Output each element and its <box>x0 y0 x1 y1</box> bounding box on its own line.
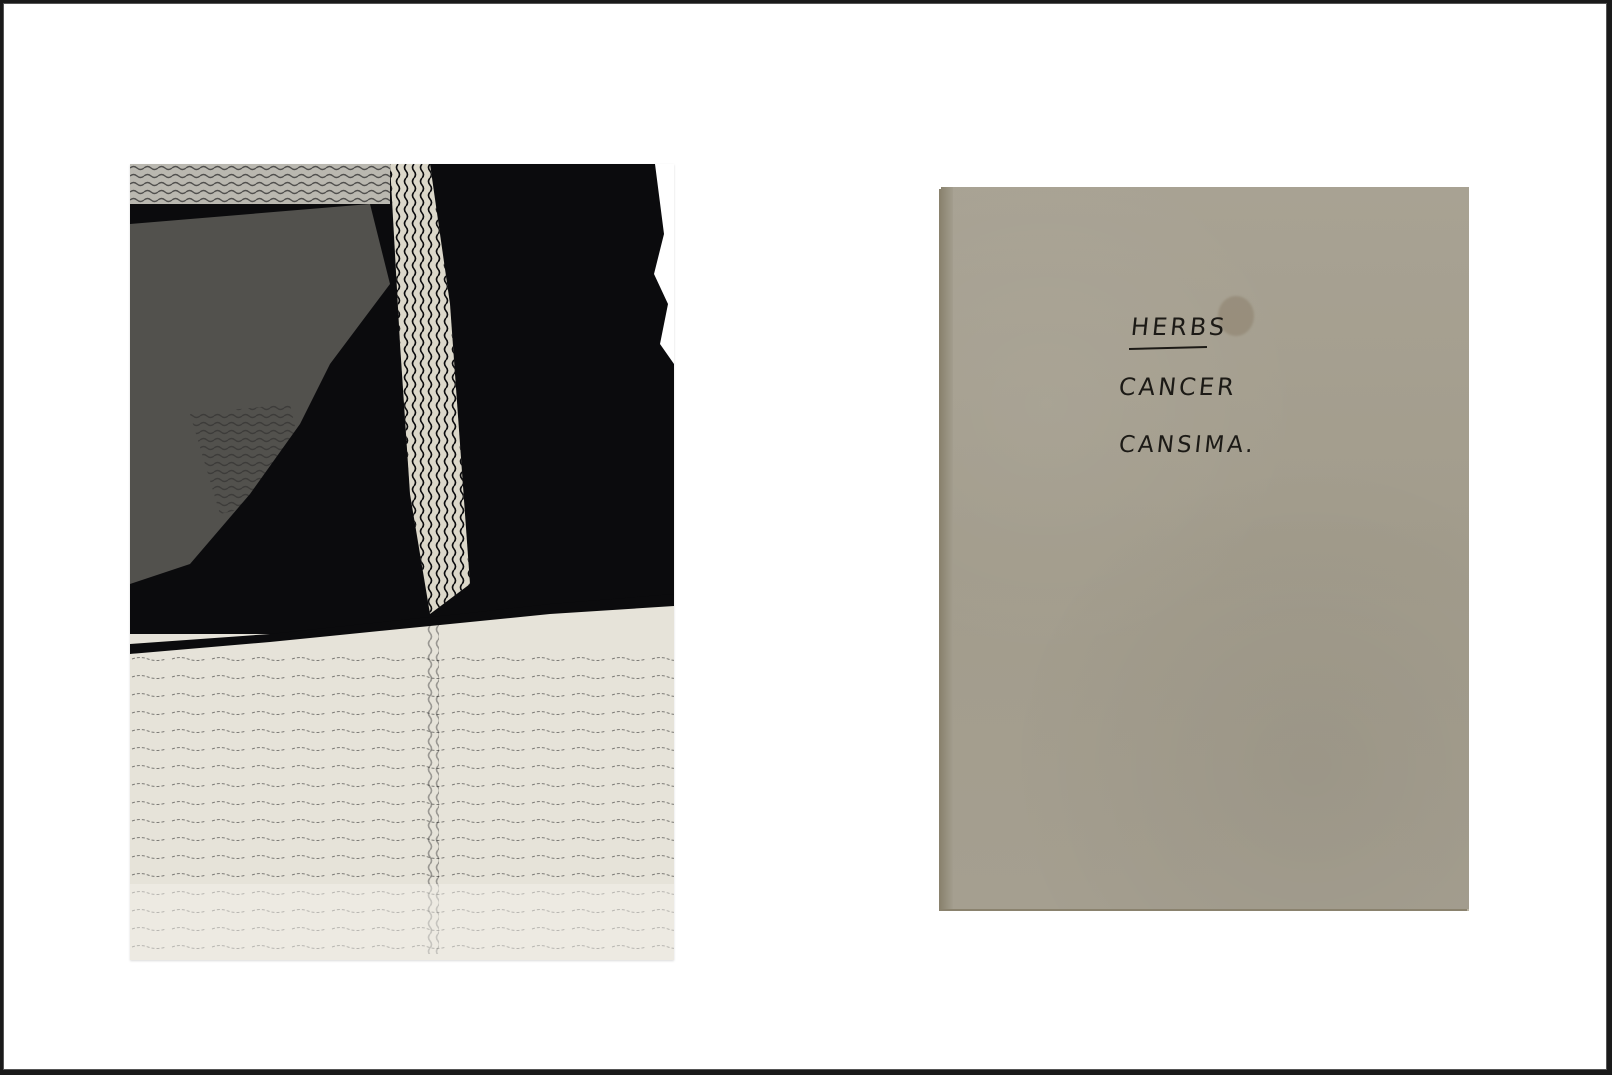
abstract-print-artwork <box>130 164 674 960</box>
notebook-spine <box>941 187 953 909</box>
handwritten-cansima: CANSIMA. <box>1118 432 1258 458</box>
handwritten-underline <box>1129 346 1207 350</box>
photo-frame: HERBS CANCER CANSIMA. <box>3 3 1607 1070</box>
handwritten-cancer: CANCER <box>1118 373 1239 401</box>
grey-notebook: HERBS CANCER CANSIMA. <box>941 187 1469 909</box>
handwritten-herbs: HERBS <box>1130 313 1229 341</box>
printed-book-cover <box>130 164 674 960</box>
